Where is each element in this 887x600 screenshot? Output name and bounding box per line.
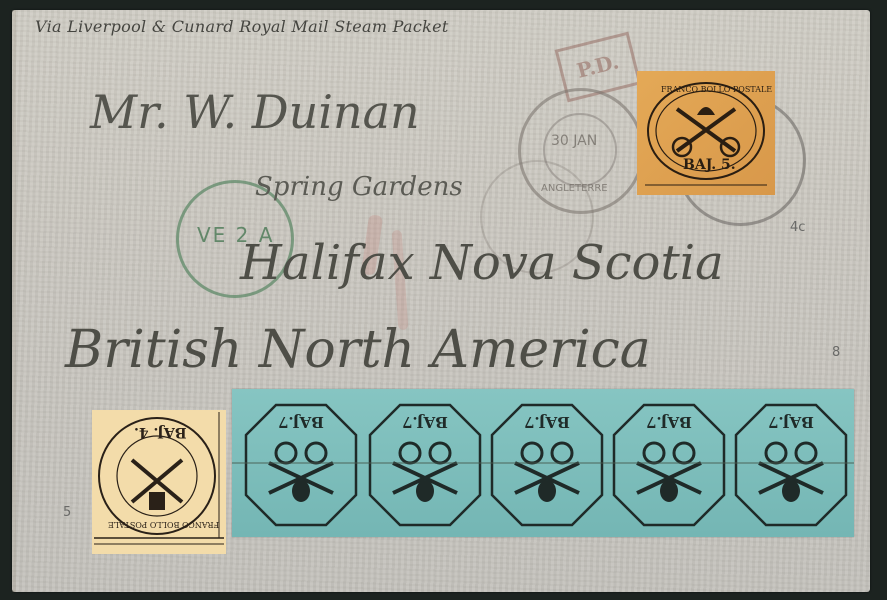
stamp-value: BAJ.7 [278,413,324,431]
routing-note: Via Liverpool & Cunard Royal Mail Steam … [35,17,449,36]
cover-edge [12,10,16,592]
blue-stamp-5: BAJ.7 [734,403,848,531]
yellow-stamp: BAJ. 4. FRANCO BOLLO POSTALE [92,410,226,554]
stamp-value: BAJ.7 [768,413,814,431]
stamp-value: BAJ. 5. [683,157,736,173]
address-line1: Mr. W. Duinan [90,85,420,139]
stamp-value: BAJ.7 [646,413,692,431]
stamp-value: BAJ.7 [402,413,448,431]
ochre-stamp: FRANCO BOLLO POSTALE BAJ. 5. [637,71,775,195]
stamp-inscription: FRANCO BOLLO POSTALE [661,85,772,94]
postmark-date: 30 JAN [551,133,597,149]
pd-box-text: P.D. [574,49,621,83]
stamp-value: BAJ. 4. [134,424,187,440]
address-line4: British North America [65,320,651,380]
pencil-rate-note: 4c [790,220,805,235]
fold-crease [232,462,854,464]
address-line2: Spring Gardens [255,172,463,202]
blue-stamp-4: BAJ.7 [612,403,726,531]
blue-stamp-1: BAJ.7 [244,403,358,531]
stamp-inscription: FRANCO BOLLO POSTALE [108,520,219,529]
address-line3: Halifax Nova Scotia [240,235,724,291]
blue-stamp-2: BAJ.7 [368,403,482,531]
blue-stamp-3: BAJ.7 [490,403,604,531]
stamp-value: BAJ.7 [524,413,570,431]
pencil-left-note: 5 [63,505,71,520]
pencil-right-note: 8 [832,345,840,360]
